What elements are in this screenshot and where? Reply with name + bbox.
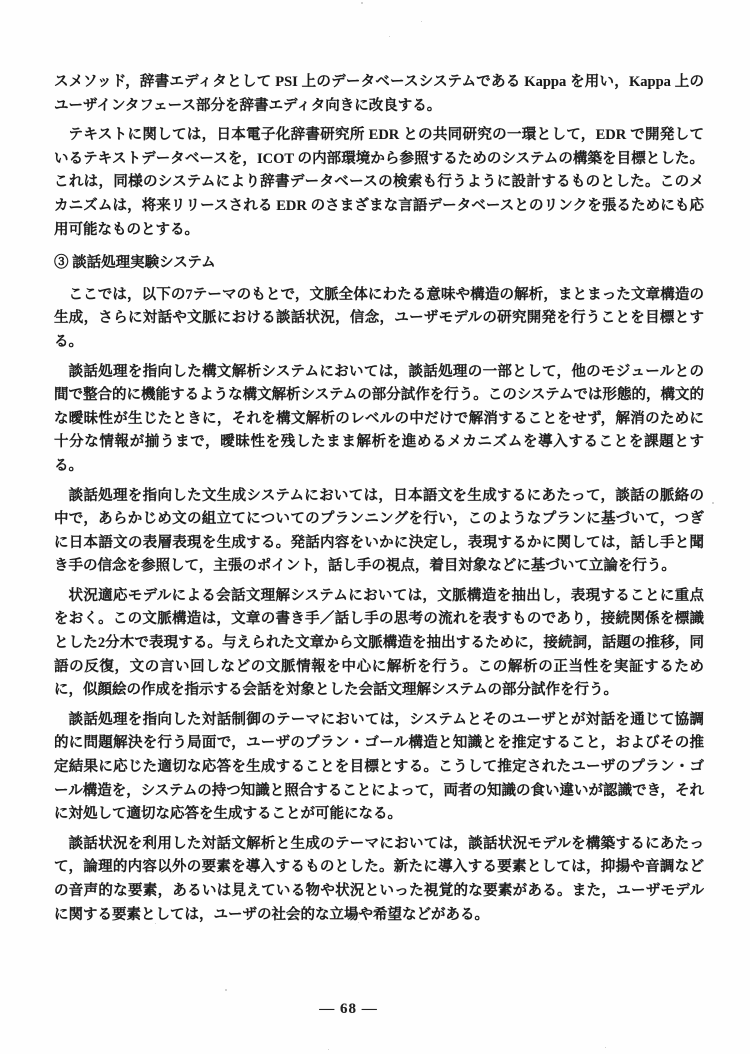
- paragraph-dialogue-control: 談話処理を指向した対話制御のテーマにおいては，システムとそのユーザとが対話を通じ…: [54, 709, 704, 827]
- document-body: スメソッド，辞書エディタとして PSI 上のデータベースシステムである Kapp…: [54, 71, 704, 933]
- paragraph-goals: ここでは，以下の7テーマのもとで，文脈全体にわたる意味や構造の解析，まとまった文…: [54, 284, 704, 355]
- scan-speck: [155, 923, 156, 924]
- page-number: — 68 —: [0, 1001, 697, 1018]
- scan-speck: [328, 1049, 329, 1050]
- scan-speck: [421, 21, 422, 22]
- paragraph-dialogue-situation: 談話状況を利用した対話文解析と生成のテーマにおいては，談話状況モデルを構築するに…: [54, 833, 704, 927]
- scan-speck: [358, 922, 359, 923]
- scan-speck: [712, 502, 714, 504]
- section-heading-discourse-system: ③ 談話処理実験システム: [54, 252, 704, 276]
- paragraph-continuation: スメソッド，辞書エディタとして PSI 上のデータベースシステムである Kapp…: [54, 71, 704, 118]
- paragraph-text-database: テキストに関しては，日本電子化辞書研究所 EDR との共同研究の一環として，ED…: [54, 124, 704, 242]
- scan-speck: [361, 2, 363, 4]
- scan-speck: [389, 36, 390, 37]
- paragraph-syntax-analysis: 談話処理を指向した構文解析システムにおいては，談話処理の一部として，他のモジュー…: [54, 361, 704, 479]
- scanned-document-page: スメソッド，辞書エディタとして PSI 上のデータベースシステムである Kapp…: [0, 0, 750, 1054]
- scan-speck: [605, 1047, 606, 1048]
- paragraph-situation-model: 状況適応モデルによる会話文理解システムにおいては，文脈構造を抽出し，表現すること…: [54, 585, 704, 703]
- scan-speck: [225, 989, 227, 991]
- paragraph-sentence-generation: 談話処理を指向した文生成システムにおいては，日本語文を生成するにあたって，談話の…: [54, 485, 704, 579]
